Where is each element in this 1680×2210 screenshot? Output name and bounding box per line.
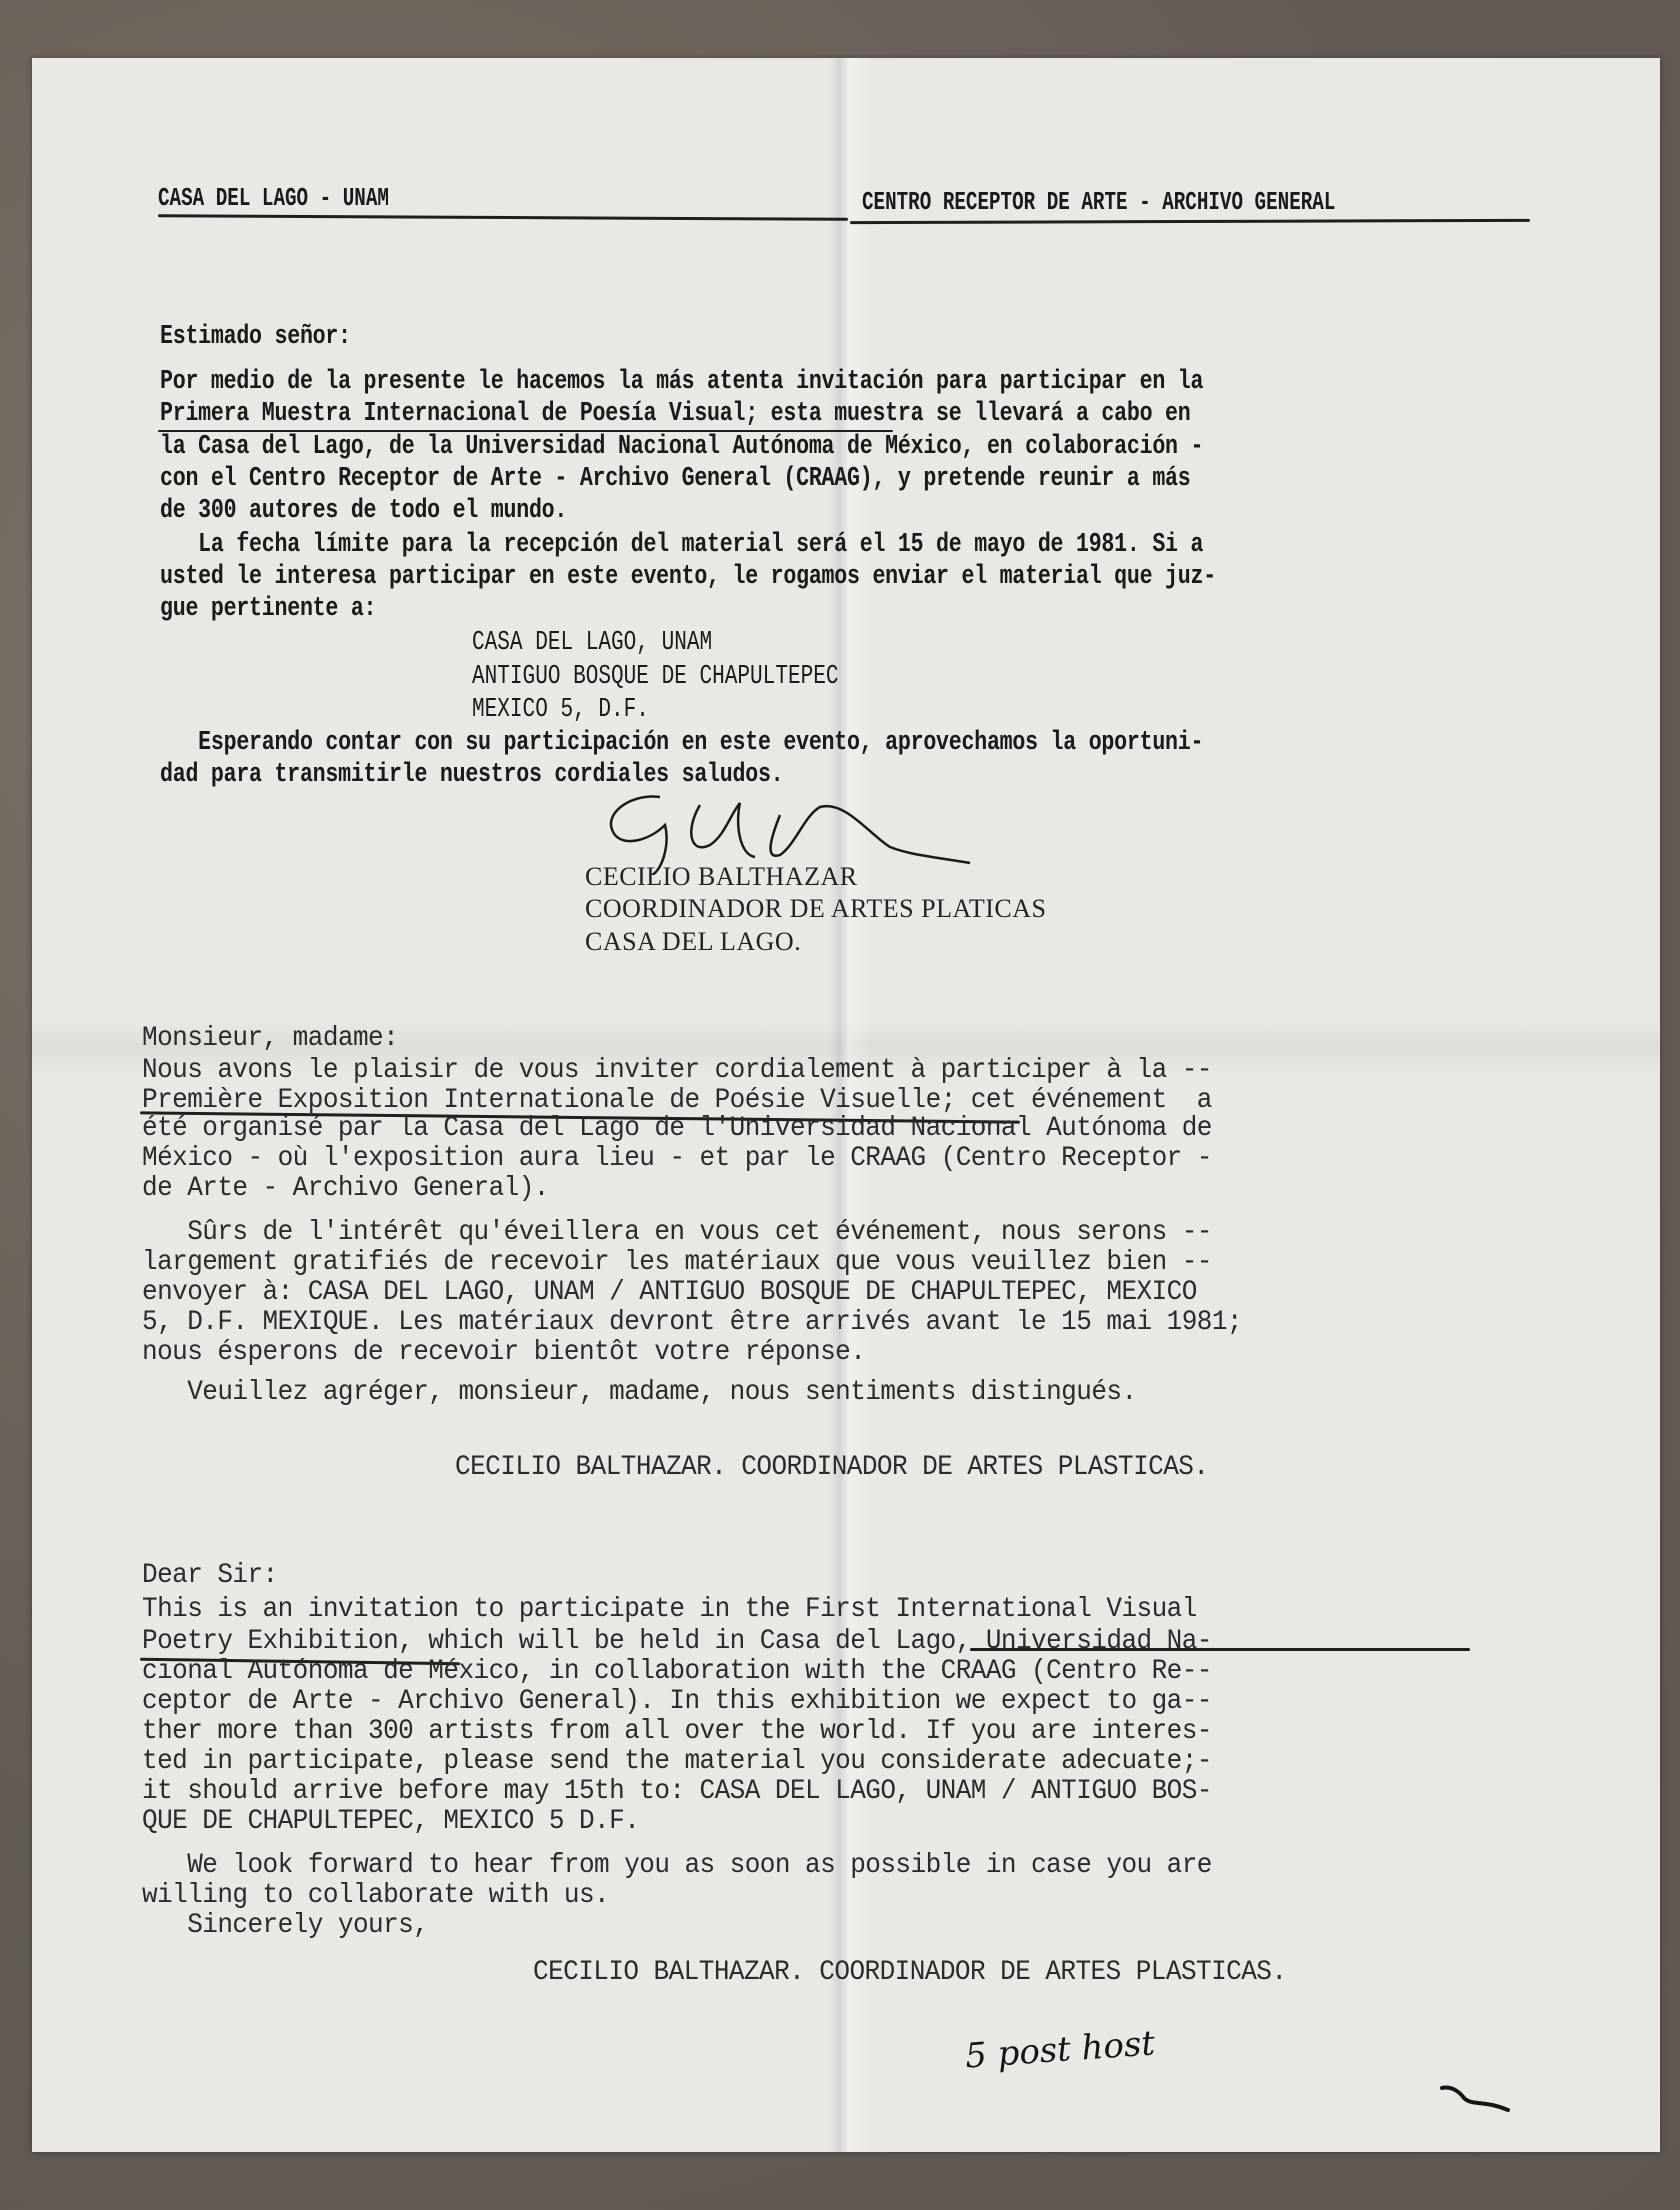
french-line: largement gratifiés de recevoir les maté…	[142, 1247, 1212, 1278]
spanish-address-line: CASA DEL LAGO, UNAM	[472, 628, 712, 658]
french-line: Nous avons le plaisir de vous inviter co…	[142, 1055, 1212, 1086]
english-signature: CECILIO BALTHAZAR. COORDINADOR DE ARTES …	[533, 1957, 1286, 1988]
spanish-line: Primera Muestra Internacional de Poesía …	[160, 399, 1191, 429]
english-line: Poetry Exhibition, which will be held in…	[142, 1626, 1212, 1657]
french-signature: CECILIO BALTHAZAR. COORDINADOR DE ARTES …	[455, 1452, 1208, 1483]
spanish-line: gue pertinente a:	[160, 594, 376, 624]
header-right: CENTRO RECEPTOR DE ARTE - ARCHIVO GENERA…	[862, 187, 1335, 217]
french-line: nous ésperons de recevoir bientôt votre …	[142, 1337, 865, 1368]
english-line: it should arrive before may 15th to: CAS…	[142, 1776, 1212, 1807]
english-line: QUE DE CHAPULTEPEC, MEXICO 5 D.F.	[142, 1806, 639, 1837]
english-salutation: Dear Sir:	[142, 1560, 278, 1591]
french-line: Première Exposition Internationale de Po…	[142, 1085, 1212, 1116]
french-line: Veuillez agréger, monsieur, madame, nous…	[142, 1377, 1137, 1408]
french-line: été organisé par la Casa del Lago de l'U…	[142, 1113, 1212, 1144]
spanish-closing: Esperando contar con su participación en…	[160, 728, 1203, 758]
english-line: ther more than 300 artists from all over…	[142, 1716, 1212, 1747]
spanish-line: de 300 autores de todo el mundo.	[160, 496, 567, 526]
french-salutation: Monsieur, madame:	[142, 1023, 398, 1054]
english-line: Sincerely yours,	[142, 1910, 428, 1941]
french-line: Sûrs de l'intérêt qu'éveillera en vous c…	[142, 1217, 1212, 1248]
spanish-signature-org: CASA DEL LAGO.	[585, 927, 801, 957]
french-line: 5, D.F. MEXIQUE. Les matériaux devront ê…	[142, 1307, 1242, 1338]
spanish-line: usted le interesa participar en este eve…	[160, 562, 1216, 592]
spanish-line: la Casa del Lago, de la Universidad Naci…	[160, 432, 1203, 462]
spanish-address-line: MEXICO 5, D.F.	[472, 695, 649, 725]
french-line: envoyer à: CASA DEL LAGO, UNAM / ANTIGUO…	[142, 1277, 1197, 1308]
english-title-underline-a	[970, 1648, 1470, 1651]
header-left: CASA DEL LAGO - UNAM	[158, 183, 389, 213]
spanish-salutation: Estimado señor:	[160, 322, 351, 352]
spanish-signature-name: CECILIO BALTHAZAR	[585, 862, 858, 892]
english-line: cional Autónoma de México, in collaborat…	[142, 1656, 1212, 1687]
french-line: de Arte - Archivo General).	[142, 1173, 549, 1204]
spanish-line: con el Centro Receptor de Arte - Archivo…	[160, 464, 1191, 494]
french-line: México - où l'exposition aura lieu - et …	[142, 1143, 1212, 1174]
spanish-signature-title: COORDINADOR DE ARTES PLATICAS	[585, 894, 1046, 924]
english-line: We look forward to hear from you as soon…	[142, 1850, 1212, 1881]
english-line: ceptor de Arte - Archivo General). In th…	[142, 1686, 1212, 1717]
english-line: willing to collaborate with us.	[142, 1880, 609, 1911]
spanish-line: La fecha límite para la recepción del ma…	[160, 530, 1203, 560]
english-line: This is an invitation to participate in …	[142, 1594, 1197, 1625]
english-line: ted in participate, please send the mate…	[142, 1746, 1212, 1777]
ink-mark	[1430, 2070, 1520, 2120]
spanish-line: Por medio de la presente le hacemos la m…	[160, 367, 1203, 397]
spanish-address-line: ANTIGUO BOSQUE DE CHAPULTEPEC	[472, 662, 839, 692]
